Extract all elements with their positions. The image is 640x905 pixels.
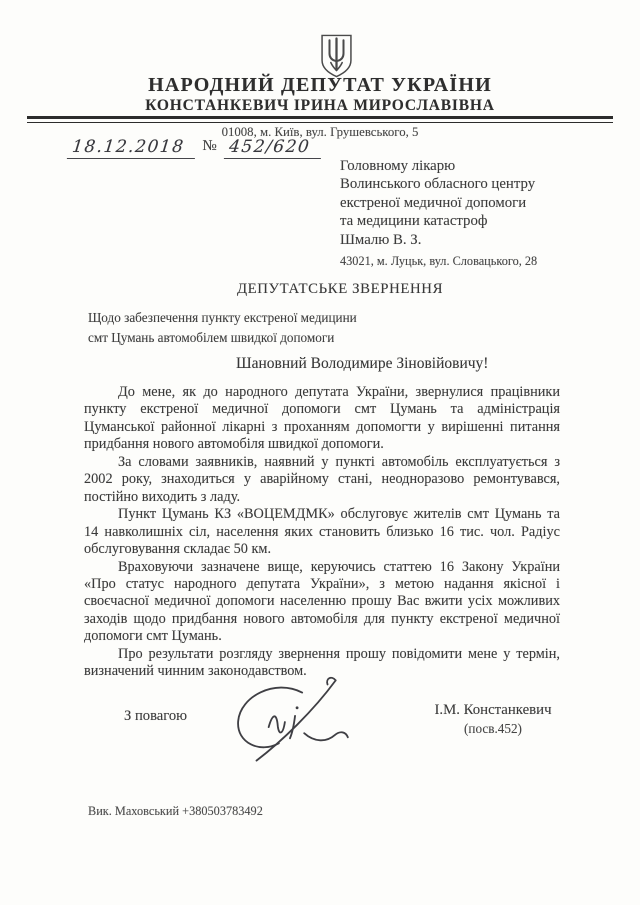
recipient-line: екстреної медичної допомоги xyxy=(340,194,537,212)
recipient-block: Головному лікарю Волинського обласного ц… xyxy=(340,157,537,270)
closing-phrase: З повагою xyxy=(124,708,187,725)
handwritten-signature-icon xyxy=(226,670,358,772)
signer-name: І.М. Констанкевич xyxy=(418,702,568,719)
subject-line: смт Цумань автомобілем швидкої допомоги xyxy=(88,328,357,348)
scanned-letter-page: НАРОДНИЙ ДЕПУТАТ УКРАЇНИ КОНСТАНКЕВИЧ ІР… xyxy=(0,0,640,905)
signer-block: І.М. Констанкевич (посв.452) xyxy=(418,702,568,737)
tryzub-emblem-icon xyxy=(319,33,354,79)
reference-line: 18.12.2018№452/620 xyxy=(68,137,322,159)
letter-date-handwritten: 18.12.2018 xyxy=(67,137,198,159)
subject-block: Щодо забезпечення пункту екстреної медиц… xyxy=(88,308,357,347)
paragraph: Пункт Цумань КЗ «ВОЦЕМДМК» обслуговує жи… xyxy=(84,506,560,558)
recipient-line: Волинського обласного центру xyxy=(340,175,537,193)
recipient-line: Головному лікарю xyxy=(340,157,537,175)
letter-body: До мене, як до народного депутата Україн… xyxy=(84,384,560,681)
letterhead-title: НАРОДНИЙ ДЕПУТАТ УКРАЇНИ xyxy=(0,74,640,97)
recipient-address: 43021, м. Луцьк, вул. Словацького, 28 xyxy=(340,252,537,270)
executor-note: Вик. Маховський +380503783492 xyxy=(88,804,263,819)
paragraph: Враховуючи зазначене вище, керуючись ста… xyxy=(84,559,560,646)
paragraph: До мене, як до народного депутата Україн… xyxy=(84,384,560,454)
salutation: Шановний Володимире Зіновійовичу! xyxy=(236,355,488,373)
letter-number-handwritten: 452/620 xyxy=(224,137,323,159)
paragraph: За словами заявників, наявний у пункті а… xyxy=(84,454,560,506)
letterhead-deputy-name: КОНСТАНКЕВИЧ ІРИНА МИРОСЛАВІВНА xyxy=(0,97,640,115)
signer-credential: (посв.452) xyxy=(418,721,568,737)
letterhead-divider xyxy=(27,116,613,123)
document-heading: ДЕПУТАТСЬКЕ ЗВЕРНЕННЯ xyxy=(20,281,640,298)
recipient-line: Шмалю В. З. xyxy=(340,231,537,249)
subject-line: Щодо забезпечення пункту екстреної медиц… xyxy=(88,308,357,328)
number-sign-label: № xyxy=(202,138,216,154)
recipient-line: та медицини катастроф xyxy=(340,212,537,230)
